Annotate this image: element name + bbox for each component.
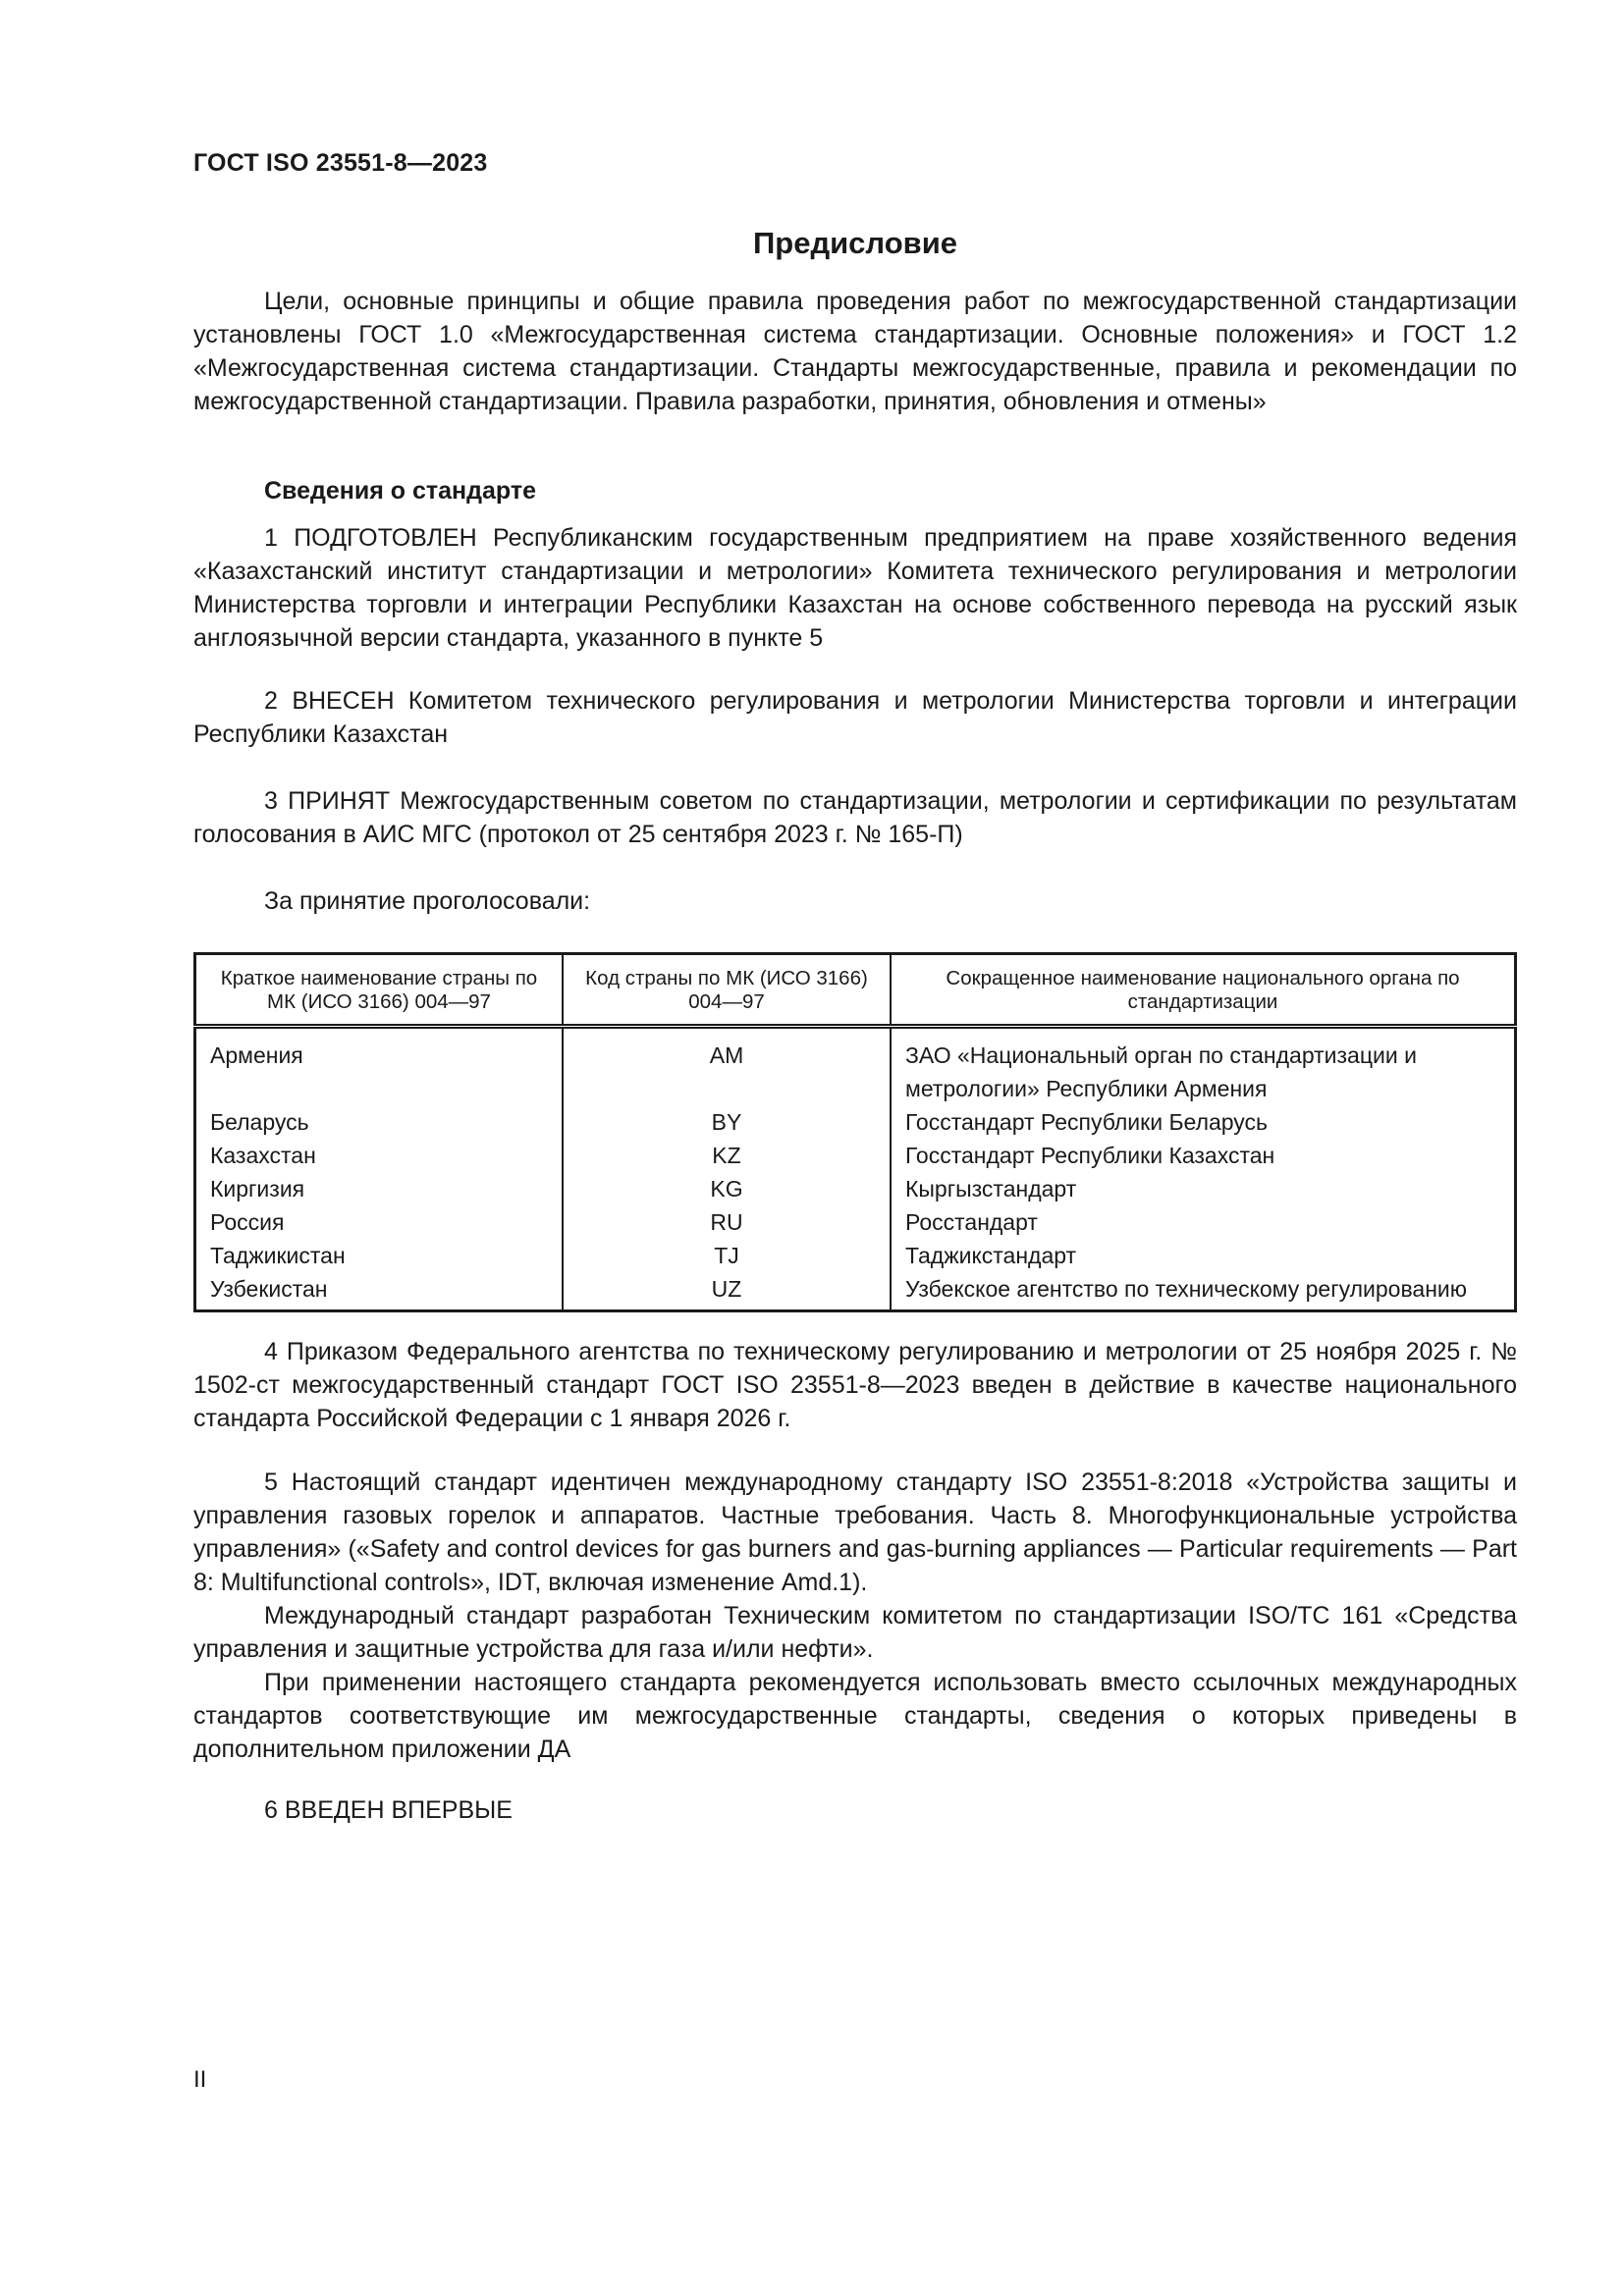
table-intro: За принятие проголосовали: xyxy=(193,884,1517,918)
national-body: Узбекское агентство по техническому регу… xyxy=(891,1272,1516,1311)
item-2-block: 2 ВНЕСЕН Комитетом технического регулиро… xyxy=(193,684,1517,751)
item-3-block: 3 ПРИНЯТ Межгосударственным советом по с… xyxy=(193,784,1517,851)
country-name: Киргизия xyxy=(195,1172,564,1205)
national-body: Таджикстандарт xyxy=(891,1239,1516,1272)
item-5-block: 5 Настоящий стандарт идентичен междунаро… xyxy=(193,1466,1517,1766)
country-name: Таджикистан xyxy=(195,1239,564,1272)
item-6-paragraph: 6 ВВЕДЕН ВПЕРВЫЕ xyxy=(193,1793,1517,1827)
table-row: Россия RU Росстандарт xyxy=(195,1205,1516,1239)
national-body: Кыргызстандарт xyxy=(891,1172,1516,1205)
country-code: KG xyxy=(563,1172,891,1205)
header-country-code: Код страны по МК (ИСО 3166) 004—97 xyxy=(563,954,891,1027)
national-body: Госстандарт Республики Казахстан xyxy=(891,1139,1516,1172)
item-5-paragraph-2: Международный стандарт разработан Технич… xyxy=(193,1599,1517,1666)
table-row: Армения AM ЗАО «Национальный орган по ст… xyxy=(195,1027,1516,1106)
standard-info-heading-block: Сведения о стандарте xyxy=(193,474,1517,507)
country-code: RU xyxy=(563,1205,891,1239)
table-row: Казахстан KZ Госстандарт Республики Каза… xyxy=(195,1139,1516,1172)
table-row: Узбекистан UZ Узбекское агентство по тех… xyxy=(195,1272,1516,1311)
country-code: TJ xyxy=(563,1239,891,1272)
item-5-paragraph-3: При применении настоящего стандарта реко… xyxy=(193,1666,1517,1766)
country-name: Узбекистан xyxy=(195,1272,564,1311)
item-6-block: 6 ВВЕДЕН ВПЕРВЫЕ xyxy=(193,1793,1517,1827)
table-row: Таджикистан TJ Таджикстандарт xyxy=(195,1239,1516,1272)
national-body: Госстандарт Республики Беларусь xyxy=(891,1105,1516,1139)
country-code: UZ xyxy=(563,1272,891,1311)
page-title: Предисловие xyxy=(193,226,1517,261)
item-4-block: 4 Приказом Федерального агентства по тех… xyxy=(193,1335,1517,1435)
country-code: BY xyxy=(563,1105,891,1139)
country-name: Казахстан xyxy=(195,1139,564,1172)
national-body: ЗАО «Национальный орган по стандартизаци… xyxy=(891,1027,1516,1106)
item-2-paragraph: 2 ВНЕСЕН Комитетом технического регулиро… xyxy=(193,684,1517,751)
page-number: II xyxy=(193,2066,206,2094)
item-3-paragraph: 3 ПРИНЯТ Межгосударственным советом по с… xyxy=(193,784,1517,851)
country-code: KZ xyxy=(563,1139,891,1172)
table-row: Киргизия KG Кыргызстандарт xyxy=(195,1172,1516,1205)
header-national-body: Сокращенное наименование национального о… xyxy=(891,954,1516,1027)
voters-table: Краткое наименование страны по МК (ИСО 3… xyxy=(193,952,1517,1312)
table-row: Беларусь BY Госстандарт Республики Белар… xyxy=(195,1105,1516,1139)
country-name: Беларусь xyxy=(195,1105,564,1139)
table-header-row: Краткое наименование страны по МК (ИСО 3… xyxy=(195,954,1516,1027)
country-code: AM xyxy=(563,1027,891,1106)
item-5-paragraph-1: 5 Настоящий стандарт идентичен междунаро… xyxy=(193,1466,1517,1599)
country-name: Армения xyxy=(195,1027,564,1106)
intro-paragraph: Цели, основные принципы и общие правила … xyxy=(193,285,1517,418)
item-1-block: 1 ПОДГОТОВЛЕН Республиканским государств… xyxy=(193,521,1517,655)
item-4-paragraph: 4 Приказом Федерального агентства по тех… xyxy=(193,1335,1517,1435)
national-body: Росстандарт xyxy=(891,1205,1516,1239)
intro-section: Цели, основные принципы и общие правила … xyxy=(193,285,1517,418)
header-country-name: Краткое наименование страны по МК (ИСО 3… xyxy=(195,954,564,1027)
country-name: Россия xyxy=(195,1205,564,1239)
standard-info-heading: Сведения о стандарте xyxy=(193,474,1517,507)
table-intro-block: За принятие проголосовали: xyxy=(193,884,1517,918)
item-1-paragraph: 1 ПОДГОТОВЛЕН Республиканским государств… xyxy=(193,521,1517,655)
document-code-header: ГОСТ ISO 23551-8—2023 xyxy=(193,149,488,178)
